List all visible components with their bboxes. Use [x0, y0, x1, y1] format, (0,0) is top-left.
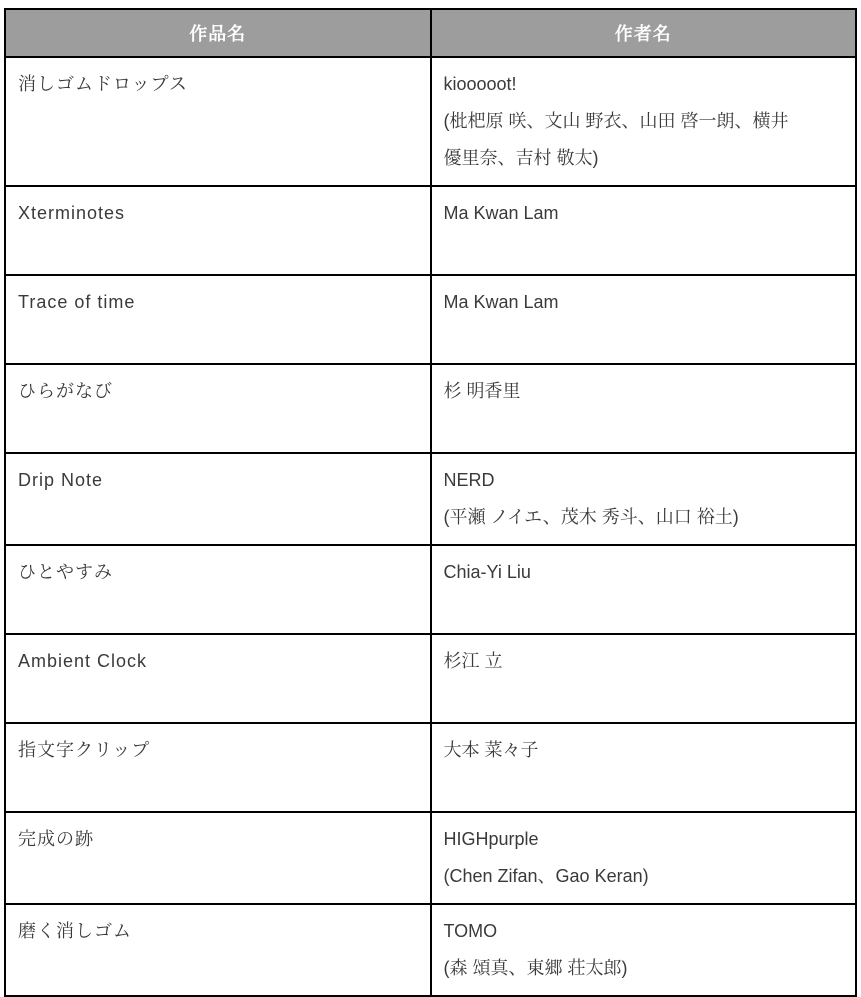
page: 作品名 作者名 消しゴムドロップスkiooooot!(枇杷原 咲、文山 野衣、山… — [0, 0, 861, 991]
author-line: Ma Kwan Lam — [444, 284, 844, 321]
table-row: 磨く消しゴムTOMO(森 頌真、東郷 荘太郎) — [5, 904, 856, 996]
table-row: 指文字クリップ大本 菜々子 — [5, 723, 856, 812]
author-cell: HIGHpurple(Chen Zifan、Gao Keran) — [431, 812, 857, 904]
author-line: 大本 菜々子 — [444, 732, 844, 769]
header-row: 作品名 作者名 — [5, 9, 856, 57]
work-title-cell: Trace of time — [5, 275, 431, 364]
author-line: (枇杷原 咲、文山 野衣、山田 啓一朗、横井 — [444, 103, 844, 140]
author-line: kiooooot! — [444, 66, 844, 103]
table-row: 完成の跡HIGHpurple(Chen Zifan、Gao Keran) — [5, 812, 856, 904]
work-title: 指文字クリップ — [18, 732, 418, 769]
work-title: Drip Note — [18, 462, 418, 499]
work-title: Ambient Clock — [18, 643, 418, 680]
author-cell: Ma Kwan Lam — [431, 275, 857, 364]
work-title-cell: Drip Note — [5, 453, 431, 545]
author-line: TOMO — [444, 913, 844, 950]
table-row: ひとやすみChia-Yi Liu — [5, 545, 856, 634]
column-header-author: 作者名 — [431, 9, 857, 57]
table-row: XterminotesMa Kwan Lam — [5, 186, 856, 275]
author-line: Ma Kwan Lam — [444, 195, 844, 232]
author-line: 杉江 立 — [444, 643, 844, 680]
table-row: Ambient Clock杉江 立 — [5, 634, 856, 723]
author-line: (平瀬 ノイエ、茂木 秀斗、山口 裕土) — [444, 499, 844, 536]
author-cell: 杉 明香里 — [431, 364, 857, 453]
author-line: NERD — [444, 462, 844, 499]
work-title: Trace of time — [18, 284, 418, 321]
work-title-cell: ひらがなび — [5, 364, 431, 453]
table-header: 作品名 作者名 — [5, 9, 856, 57]
table-row: ひらがなび杉 明香里 — [5, 364, 856, 453]
author-line: (Chen Zifan、Gao Keran) — [444, 858, 844, 895]
author-line: (森 頌真、東郷 荘太郎) — [444, 950, 844, 987]
work-title-cell: ひとやすみ — [5, 545, 431, 634]
work-title-cell: 磨く消しゴム — [5, 904, 431, 996]
work-title: ひとやすみ — [18, 554, 418, 591]
work-title-cell: 完成の跡 — [5, 812, 431, 904]
author-cell: Ma Kwan Lam — [431, 186, 857, 275]
author-cell: TOMO(森 頌真、東郷 荘太郎) — [431, 904, 857, 996]
table-row: Drip NoteNERD(平瀬 ノイエ、茂木 秀斗、山口 裕土) — [5, 453, 856, 545]
author-line: HIGHpurple — [444, 821, 844, 858]
author-cell: kiooooot!(枇杷原 咲、文山 野衣、山田 啓一朗、横井優里奈、吉村 敬太… — [431, 57, 857, 186]
works-authors-table: 作品名 作者名 消しゴムドロップスkiooooot!(枇杷原 咲、文山 野衣、山… — [4, 8, 857, 997]
author-cell: 大本 菜々子 — [431, 723, 857, 812]
work-title: 完成の跡 — [18, 821, 418, 858]
author-cell: Chia-Yi Liu — [431, 545, 857, 634]
work-title: ひらがなび — [18, 373, 418, 410]
author-line: Chia-Yi Liu — [444, 554, 844, 591]
table-row: 消しゴムドロップスkiooooot!(枇杷原 咲、文山 野衣、山田 啓一朗、横井… — [5, 57, 856, 186]
table-row: Trace of timeMa Kwan Lam — [5, 275, 856, 364]
work-title: 消しゴムドロップス — [18, 66, 418, 103]
author-cell: NERD(平瀬 ノイエ、茂木 秀斗、山口 裕土) — [431, 453, 857, 545]
author-line: 優里奈、吉村 敬太) — [444, 140, 844, 177]
author-cell: 杉江 立 — [431, 634, 857, 723]
work-title: 磨く消しゴム — [18, 913, 418, 950]
column-header-work-title: 作品名 — [5, 9, 431, 57]
work-title-cell: Xterminotes — [5, 186, 431, 275]
work-title-cell: 消しゴムドロップス — [5, 57, 431, 186]
work-title-cell: Ambient Clock — [5, 634, 431, 723]
work-title-cell: 指文字クリップ — [5, 723, 431, 812]
work-title: Xterminotes — [18, 195, 418, 232]
author-line: 杉 明香里 — [444, 373, 844, 410]
table-body: 消しゴムドロップスkiooooot!(枇杷原 咲、文山 野衣、山田 啓一朗、横井… — [5, 57, 856, 996]
